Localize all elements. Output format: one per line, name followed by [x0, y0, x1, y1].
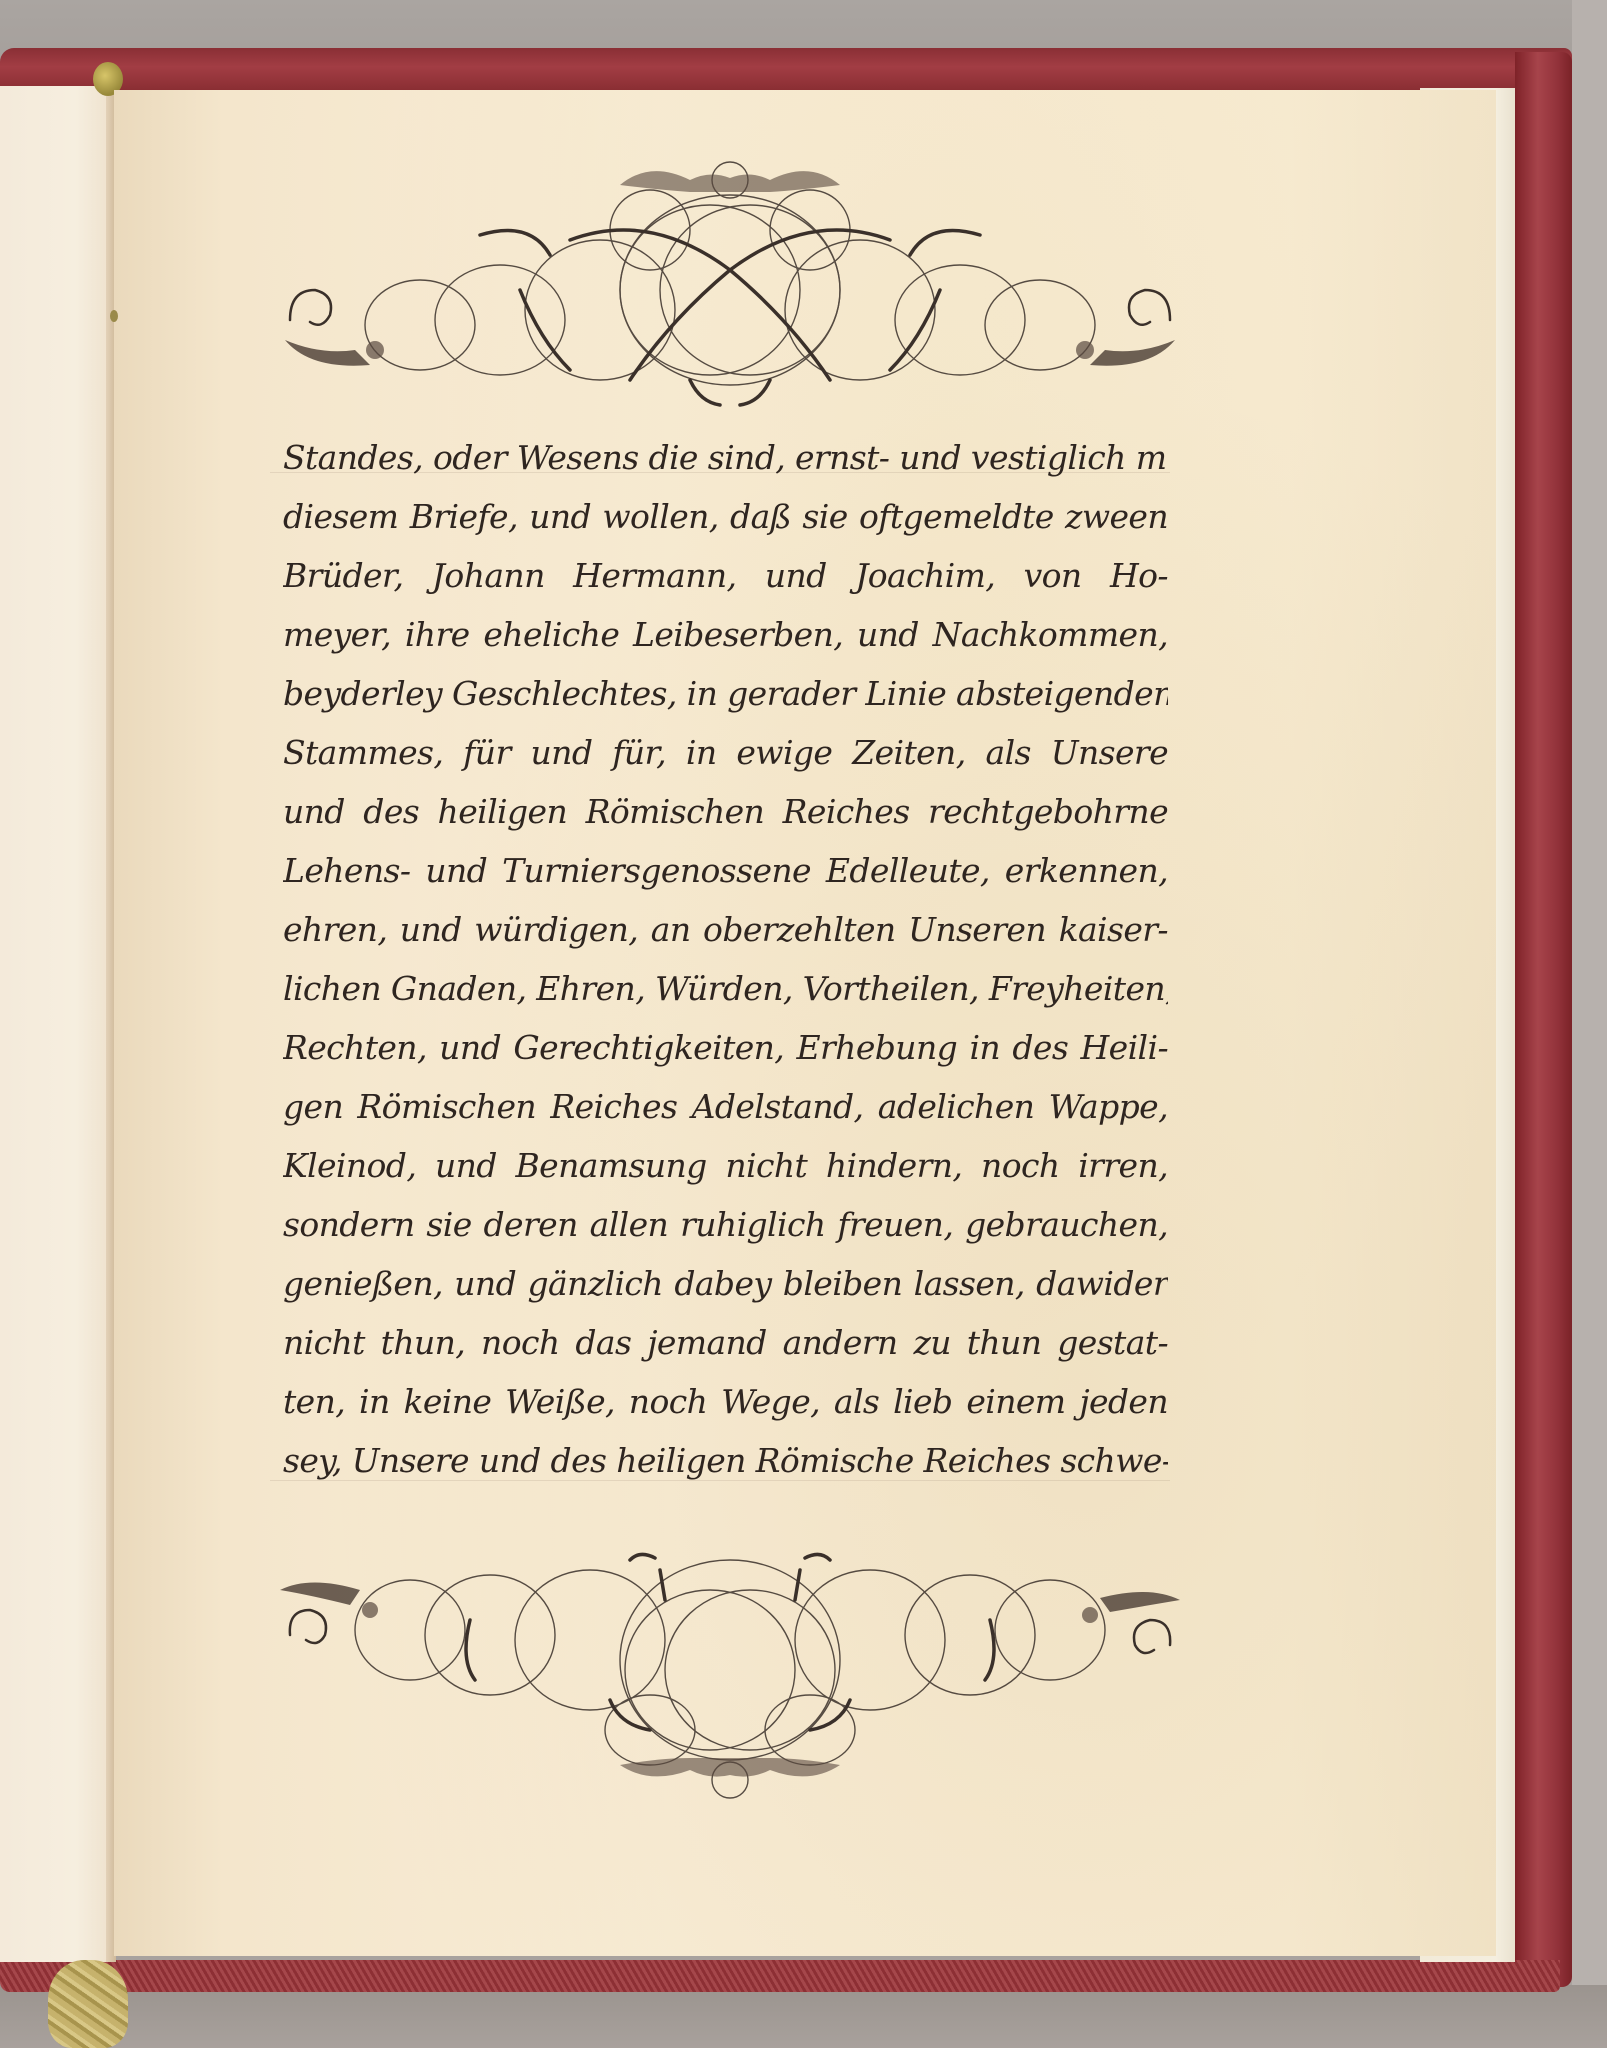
text-line: lichen Gnaden, Ehren, Würden, Vortheilen…	[283, 959, 1168, 1018]
text-line: Stammes, für und für, in ewige Zeiten, a…	[283, 723, 1168, 782]
background-right	[1572, 0, 1607, 2048]
gold-cord-tassel-icon	[48, 1960, 128, 2048]
velvet-binding-top	[0, 48, 1572, 90]
text-line: Lehens- und Turniersgenossene Edelleute,…	[283, 841, 1168, 900]
text-line: Brüder, Johann Hermann, und Joachim, von…	[283, 546, 1168, 605]
binding-stitch-icon	[110, 310, 118, 322]
text-line: Rechten, und Gerechtigkeiten, Erhebung i…	[283, 1018, 1168, 1077]
text-line: Standes, oder Wesens die sind, ernst- un…	[283, 428, 1168, 487]
text-line: beyderley Geschlechtes, in gerader Linie…	[283, 664, 1168, 723]
calligraphic-flourish-bottom-icon	[270, 1530, 1190, 1810]
text-line: sey, Unsere und des heiligen Römische Re…	[283, 1431, 1168, 1490]
manuscript-text-block: Standes, oder Wesens die sind, ernst- un…	[283, 428, 1168, 1490]
text-line: meyer, ihre eheliche Leibeserben, und Na…	[283, 605, 1168, 664]
background-bottom	[0, 1985, 1607, 2048]
text-line: ehren, und würdigen, an oberzehlten Unse…	[283, 900, 1168, 959]
left-page	[0, 86, 108, 1962]
velvet-binding-right	[1515, 52, 1572, 1987]
text-line: sondern sie deren allen ruhiglich freuen…	[283, 1195, 1168, 1254]
text-line: und des heiligen Römischen Reiches recht…	[283, 782, 1168, 841]
text-line: ten, in keine Weiße, noch Wege, als lieb…	[283, 1372, 1168, 1431]
text-line: nicht thun, noch das jemand andern zu th…	[283, 1313, 1168, 1372]
text-line: Kleinod, und Benamsung nicht hindern, no…	[283, 1136, 1168, 1195]
text-line: diesem Briefe, und wollen, daß sie oftge…	[283, 487, 1168, 546]
text-line: gen Römischen Reiches Adelstand, adelich…	[283, 1077, 1168, 1136]
calligraphic-flourish-top-icon	[270, 140, 1190, 420]
text-line: genießen, und gänzlich dabey bleiben las…	[283, 1254, 1168, 1313]
velvet-binding-bottom	[0, 1960, 1560, 1992]
